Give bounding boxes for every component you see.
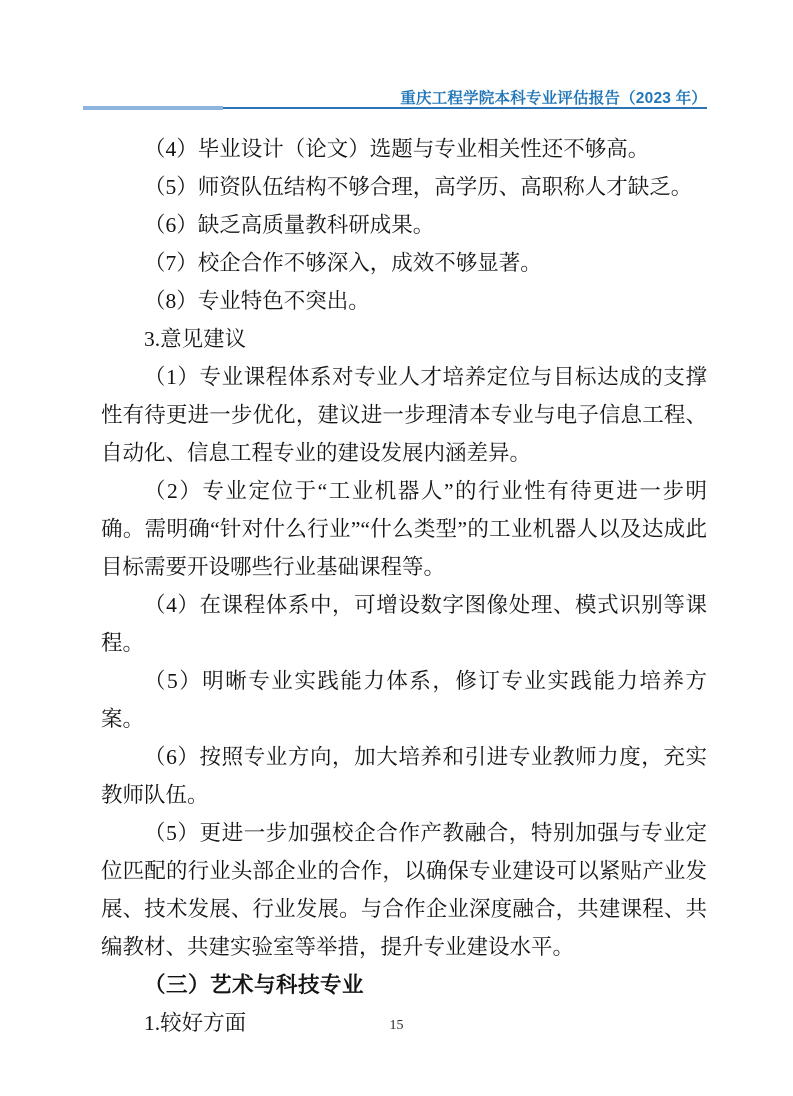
paragraph: 3.意见建议: [101, 320, 707, 358]
paragraph: （6）按照专业方向，加大培养和引进专业教师力度，充实教师队伍。: [101, 738, 707, 814]
section-heading: （三）艺术与科技专业: [101, 966, 707, 1004]
paragraph: （4）毕业设计（论文）选题与专业相关性还不够高。: [101, 130, 707, 168]
header-divider-thin-segment: [223, 107, 707, 109]
paragraph: （4）在课程体系中，可增设数字图像处理、模式识别等课程。: [101, 586, 707, 662]
paragraph: （6）缺乏高质量教科研成果。: [101, 206, 707, 244]
header-divider: [83, 104, 707, 111]
document-page: 重庆工程学院本科专业评估报告（2023 年） （4）毕业设计（论文）选题与专业相…: [0, 0, 793, 1096]
paragraph: （1）专业课程体系对专业人才培养定位与目标达成的支撑性有待更进一步优化，建议进一…: [101, 358, 707, 472]
paragraph: （2）专业定位于“工业机器人”的行业性有待更进一步明确。需明确“针对什么行业”“…: [101, 472, 707, 586]
paragraph: （7）校企合作不够深入，成效不够显著。: [101, 244, 707, 282]
document-body: （4）毕业设计（论文）选题与专业相关性还不够高。 （5）师资队伍结构不够合理，高…: [101, 130, 707, 1042]
paragraph: （5）明晰专业实践能力体系，修订专业实践能力培养方案。: [101, 662, 707, 738]
page-number: 15: [0, 1018, 793, 1034]
header-divider-thick-segment: [83, 106, 223, 110]
paragraph: （5）更进一步加强校企合作产教融合，特别加强与专业定位匹配的行业头部企业的合作，…: [101, 814, 707, 966]
paragraph: （8）专业特色不突出。: [101, 282, 707, 320]
paragraph: （5）师资队伍结构不够合理，高学历、高职称人才缺乏。: [101, 168, 707, 206]
